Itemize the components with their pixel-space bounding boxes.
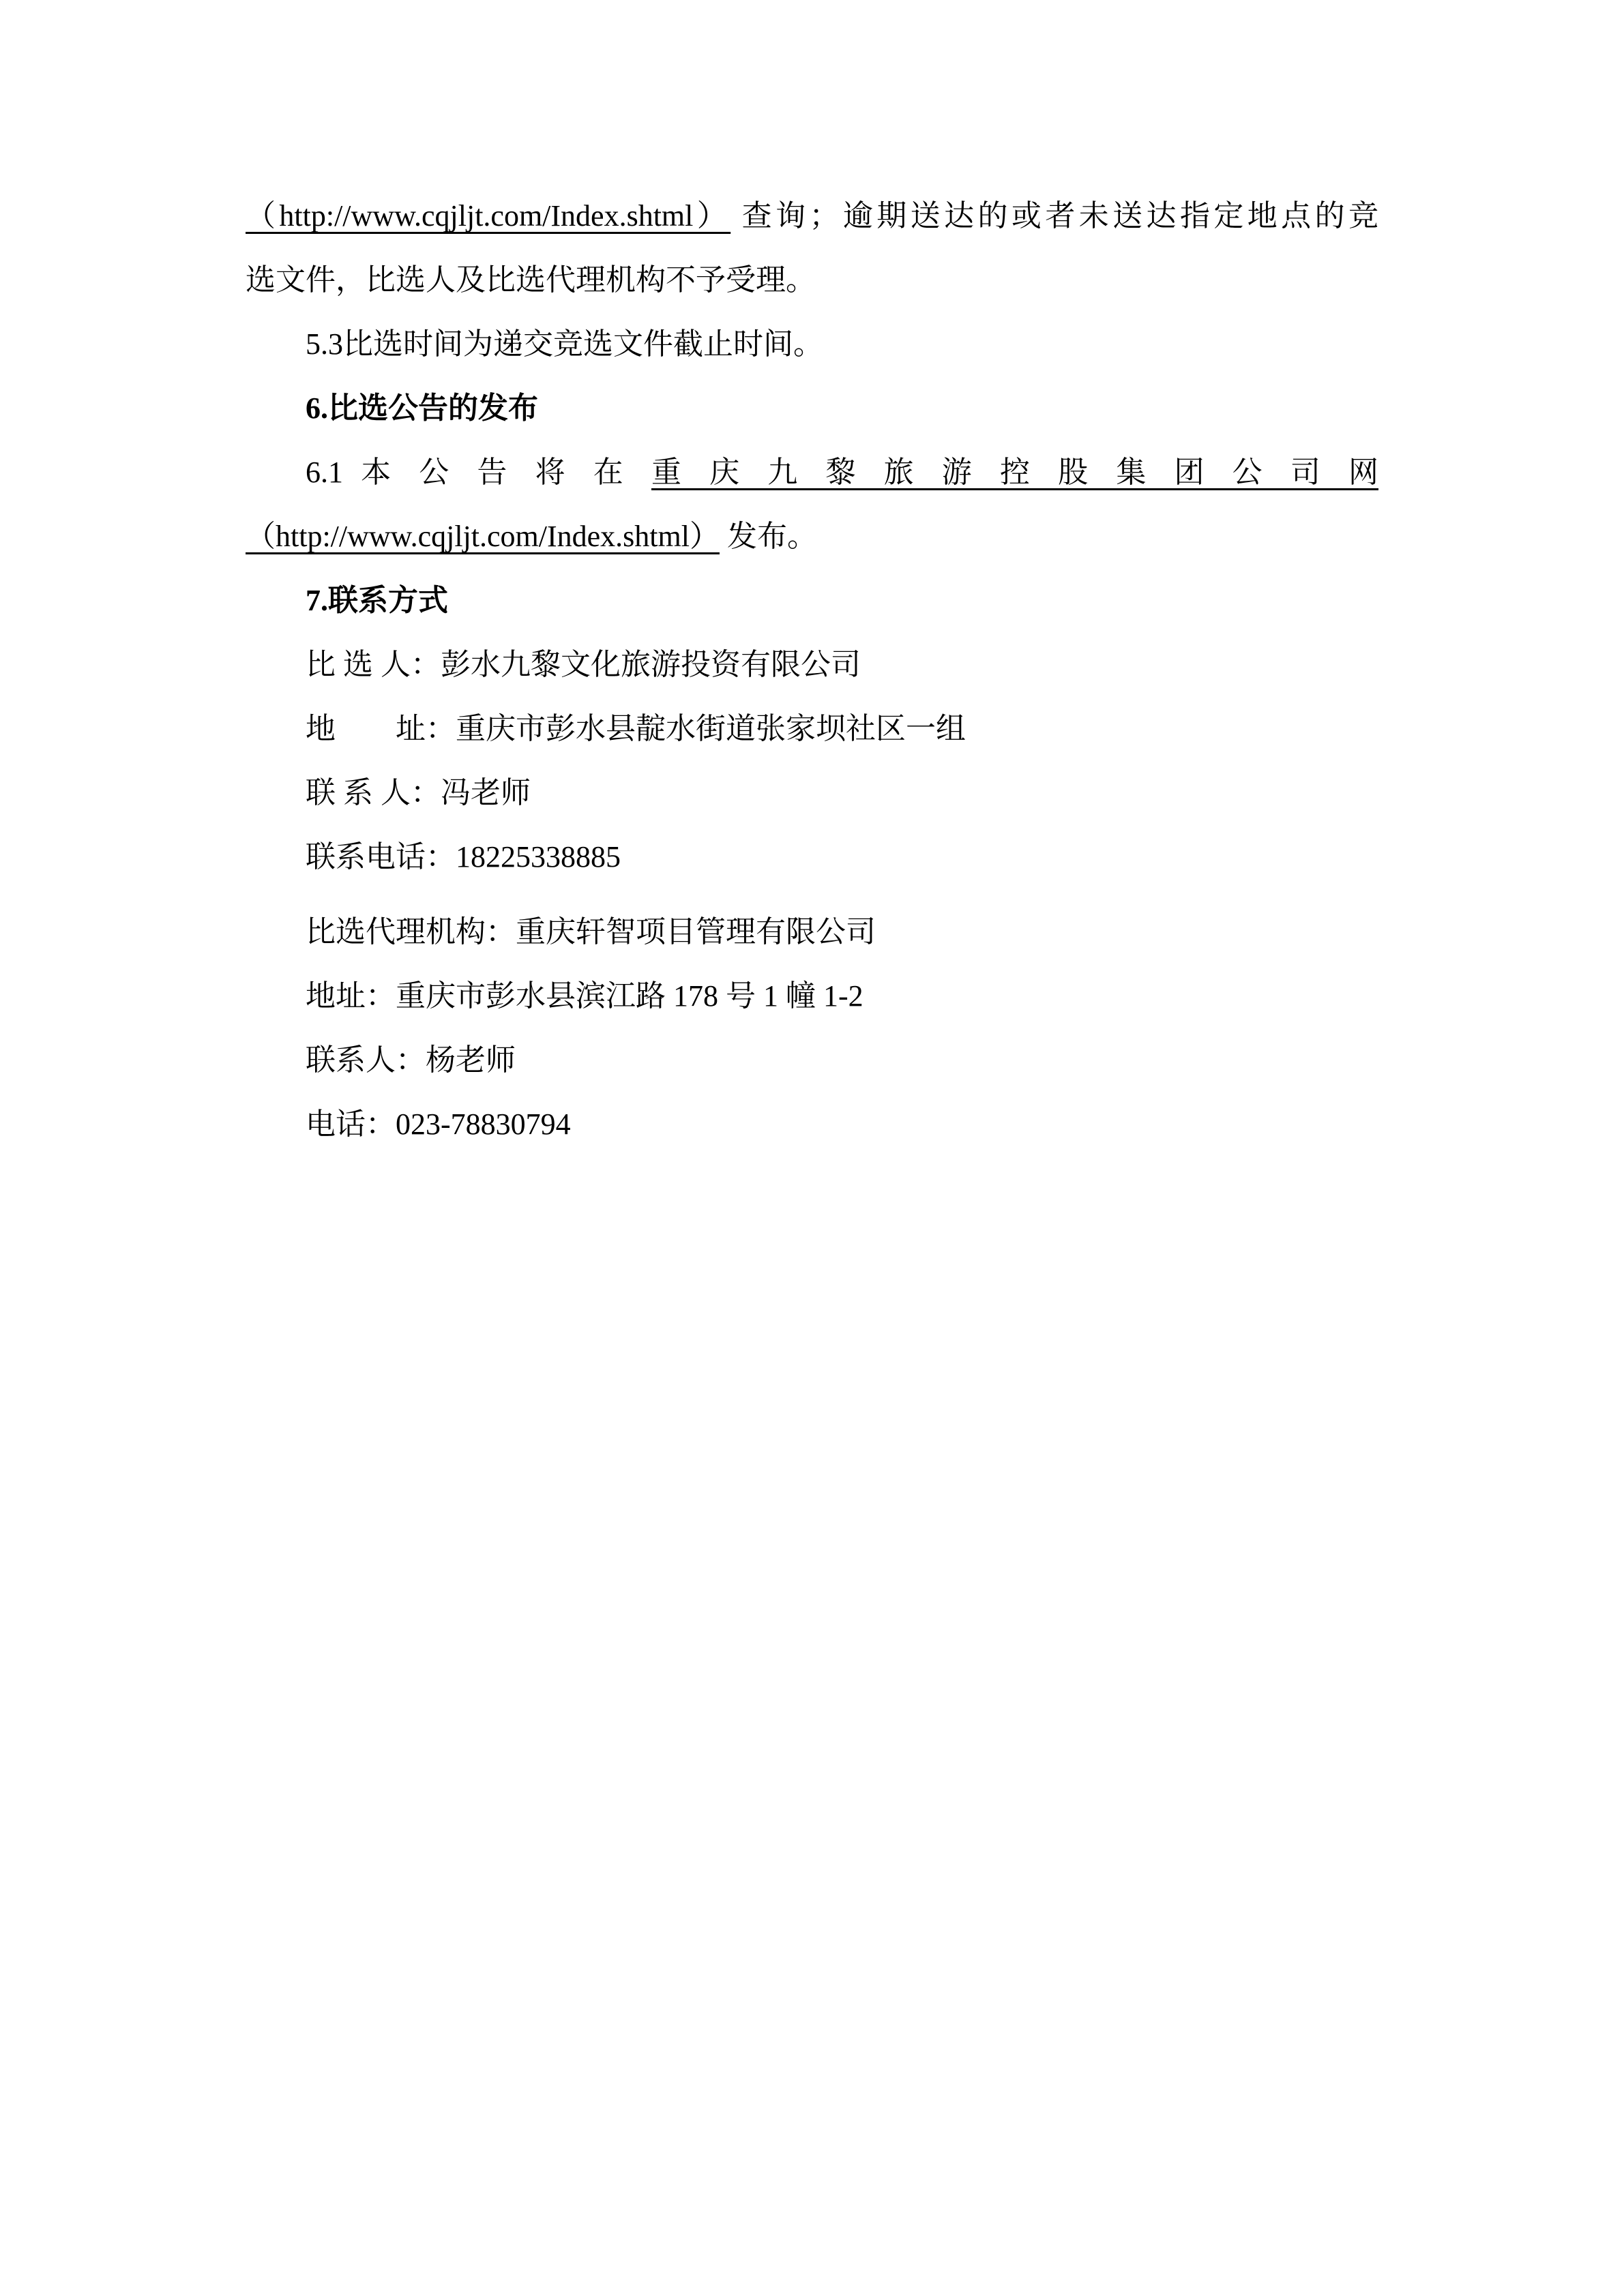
text-segment: 6.1 本 公 告 将 在 <box>306 456 651 489</box>
text-segment: 发布。 <box>720 520 817 553</box>
clause-5-3: 5.3比选时间为递交竞选文件截止时间。 <box>246 312 1378 376</box>
text-segment: 重 庆 九 黎 旅 游 控 股 集 团 公 司 网 <box>651 456 1378 489</box>
text-segment: 6.比选公告的发布 <box>306 391 538 425</box>
heading-7: 7.联系方式 <box>246 569 1378 633</box>
text-segment: 地 址：重庆市彭水县靛水街道张家坝社区一组 <box>306 712 966 745</box>
text-segment: 联系人：杨老师 <box>306 1043 516 1077</box>
text-segment: 联 系 人：冯老师 <box>306 776 531 809</box>
text-segment: 比 选 人：彭水九黎文化旅游投资有限公司 <box>306 648 861 681</box>
text-segment: 联系电话：18225338885 <box>306 840 621 874</box>
contact-selector-phone: 联系电话：18225338885 <box>246 825 1378 889</box>
contact-agency-name: 比选代理机构：重庆轩智项目管理有限公司 <box>246 900 1378 964</box>
contact-selector-name: 比 选 人：彭水九黎文化旅游投资有限公司 <box>246 633 1378 697</box>
text-segment: 选文件，比选人及比选代理机构不予受理。 <box>246 263 816 297</box>
contact-agency-address: 地址：重庆市彭水县滨江路 178 号 1 幢 1-2 <box>246 964 1378 1028</box>
heading-6: 6.比选公告的发布 <box>246 376 1378 441</box>
hyperlink-text[interactable]: （http://www.cqjljt.com/Index.shtml） <box>246 199 730 233</box>
document-page: （http://www.cqjljt.com/Index.shtml） 查询；逾… <box>0 0 1624 2296</box>
document-text-block: （http://www.cqjljt.com/Index.shtml） 查询；逾… <box>246 184 1378 1157</box>
text-segment: 比选代理机构：重庆轩智项目管理有限公司 <box>306 915 876 949</box>
paragraph-delivery-continuation-line-2: 选文件，比选人及比选代理机构不予受理。 <box>246 248 1378 312</box>
contact-agency-person: 联系人：杨老师 <box>246 1028 1378 1092</box>
text-segment: 地址：重庆市彭水县滨江路 178 号 1 幢 1-2 <box>306 979 863 1013</box>
text-segment: 5.3比选时间为递交竞选文件截止时间。 <box>306 327 823 361</box>
text-segment: 7.联系方式 <box>306 584 448 617</box>
contact-selector-address: 地 址：重庆市彭水县靛水街道张家坝社区一组 <box>246 697 1378 761</box>
clause-6-1-line-2: （http://www.cqjljt.com/Index.shtml） 发布。 <box>246 505 1378 569</box>
paragraph-delivery-continuation-line-1: （http://www.cqjljt.com/Index.shtml） 查询；逾… <box>246 184 1378 248</box>
text-segment: 查询；逾期送达的或者未送达指定地点的竞 <box>730 199 1378 233</box>
contact-agency-phone: 电话：023-78830794 <box>246 1092 1378 1157</box>
contact-selector-person: 联 系 人：冯老师 <box>246 761 1378 825</box>
clause-6-1-line-1: 6.1 本 公 告 将 在 重 庆 九 黎 旅 游 控 股 集 团 公 司 网 <box>246 441 1378 505</box>
hyperlink-text[interactable]: （http://www.cqjljt.com/Index.shtml） <box>246 520 720 553</box>
text-segment: 电话：023-78830794 <box>306 1107 571 1141</box>
